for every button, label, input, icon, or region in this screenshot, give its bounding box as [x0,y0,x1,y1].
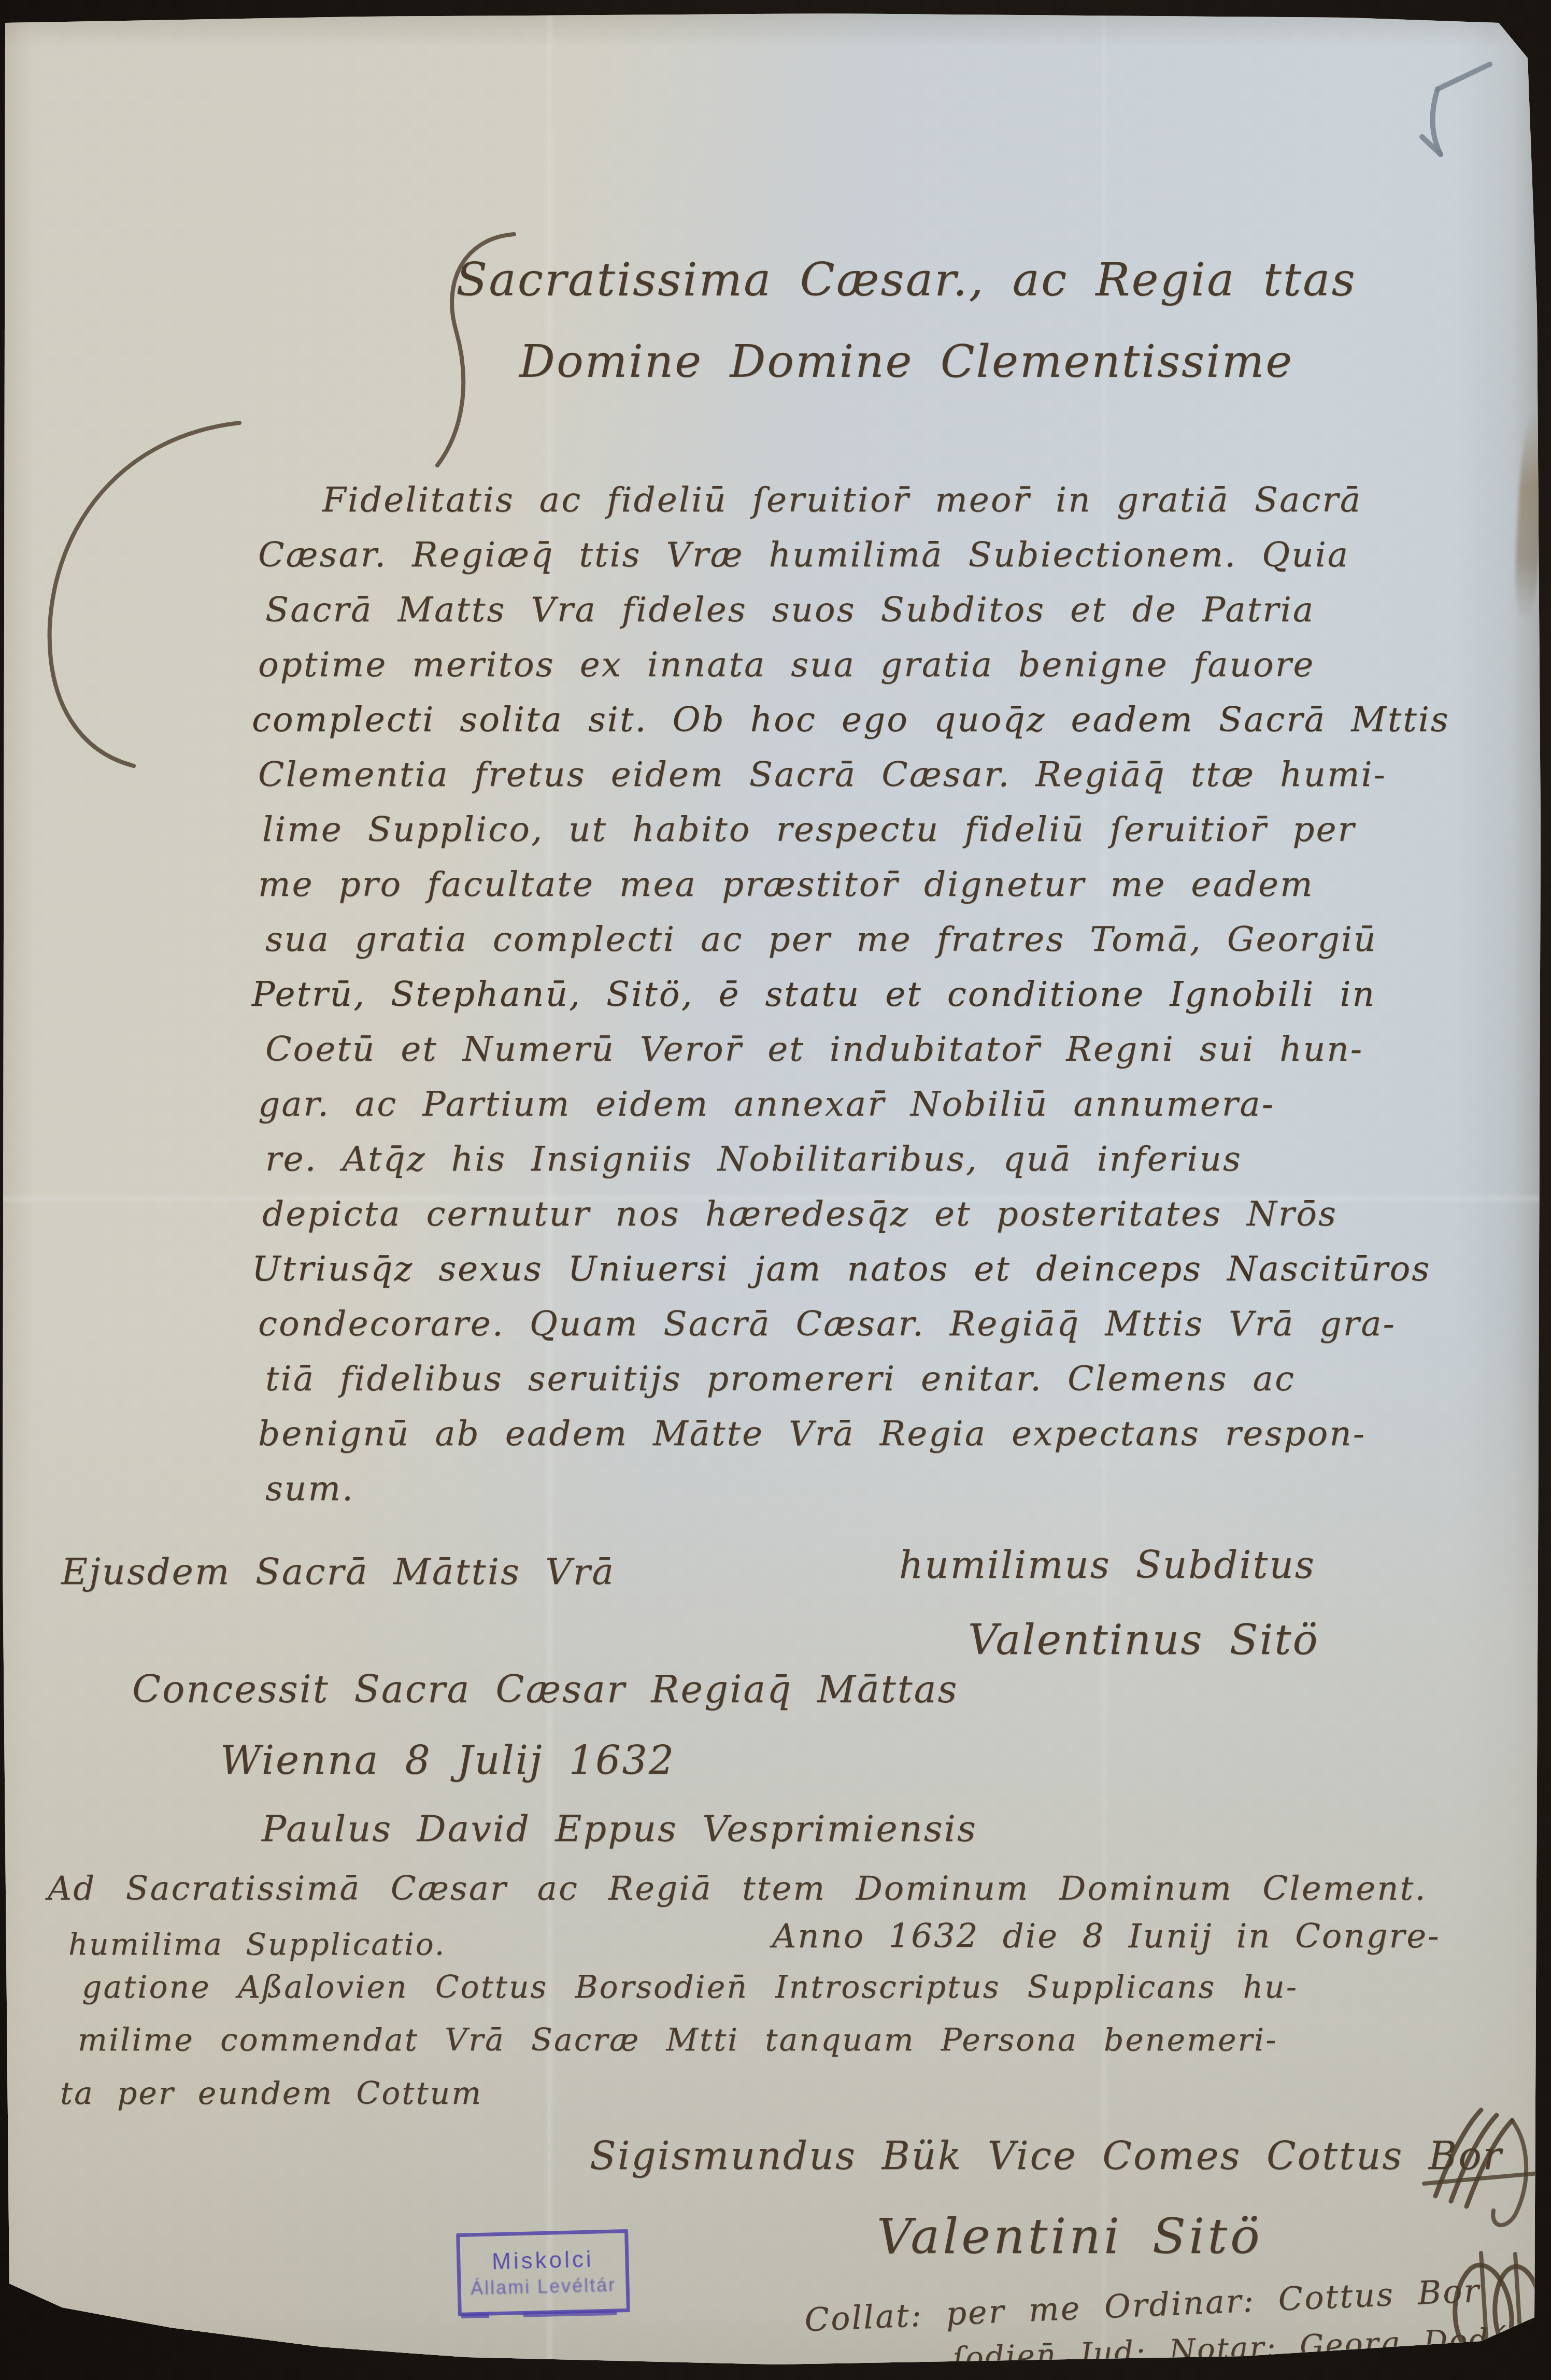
manuscript-line: complecti solita sit. Ob hoc ego quoq̄z … [252,692,1496,747]
endorsement-line: ta per eundem Cottum [60,2075,482,2112]
petition-body: Fidelitatis ac fideliū ſeruitior̄ meor̄ … [265,473,1509,1516]
manuscript-line: Utriusq̄z sexus Uniuersi jam natos et de… [252,1242,1496,1296]
manuscript-line: Petrū, Stephanū, Sitö, ē statu et condit… [252,967,1496,1022]
manuscript-line: optime meritos ex innata sua gratia beni… [258,637,1502,692]
collation-note-line2: ſodien̄ Jud: Notar: Georg Dodó [952,2321,1510,2375]
archive-stamp: Miskolci Állami Levéltár [456,2229,630,2316]
document-title-line2: Domine Domine Clementissime [519,336,1293,388]
endorsement-label: humilima Supplicatio. [68,1927,446,1962]
manuscript-line: me pro facultate mea præstitor̄ dignetur… [258,857,1502,912]
manuscript-line: Fidelitatis ac fideliū ſeruitior̄ meor̄ … [265,473,1509,528]
body-initial-flourish [32,409,255,777]
manuscript-paper: Sacratissima Cæsar., ac Regia ttas Domin… [0,0,1551,2380]
vicecomes-signature: Sigismundus Bük Vice Comes Cottus Bor [590,2134,1503,2178]
manuscript-line: tiā fidelibus seruitijs promereri enitar… [265,1351,1509,1406]
manuscript-line: Coetū et Numerū Veror̄ et indubitator̄ R… [265,1022,1509,1077]
pencil-checkmark-icon [1394,50,1498,169]
petitioner-signature: Valentinus Sitö [968,1616,1319,1664]
manuscript-line: Clementia fretus eidem Sacrā Cæsar. Regi… [258,747,1502,802]
endorsement-line: milime commendat Vrā Sacræ Mtti tanquam … [78,2022,1278,2058]
bishop-signature: Paulus David Eppus Vesprimiensis [262,1807,977,1850]
manuscript-line: benignū ab eadem Mātte Vrā Regia expecta… [258,1406,1502,1461]
grant-note-line1: Concessit Sacra Cæsar Regiaq̄ Māttas [132,1668,958,1711]
stamp-text-line1: Miskolci [492,2247,594,2275]
notarial-heading: Valentini Sitö [877,2208,1263,2265]
manuscript-line: re. Atq̄z his Insigniis Nobilitaribus, q… [265,1132,1509,1187]
valediction-left: Ejusdem Sacrā Māttis Vrā [61,1550,615,1593]
document-title-line1: Sacratissima Cæsar., ac Regia ttas [456,253,1357,306]
manuscript-line: condecorare. Quam Sacrā Cæsar. Regiāq̄ M… [258,1296,1502,1351]
manuscript-line: Cæsar. Regiæq̄ ttis Vræ humilimā Subiect… [258,528,1502,582]
manuscript-line: gar. ac Partium eidem annexar̄ Nobiliū a… [258,1077,1502,1132]
manuscript-line: Sacrā Matts Vra fideles suos Subditos et… [265,582,1509,637]
stamp-text-line2: Állami Levéltár [471,2274,617,2300]
document-scan: Sacratissima Cæsar., ac Regia ttas Domin… [0,0,1551,2380]
manuscript-line: sua gratia complecti ac per me fratres T… [265,912,1509,967]
manuscript-line: depicta cernutur nos hæredesq̄z et poste… [262,1187,1506,1242]
manuscript-line: sum. [265,1461,1509,1516]
endorsement-address: Ad Sacratissimā Cæsar ac Regiā ttem Domi… [48,1870,1427,1908]
paper-edge-stain [1513,414,1547,622]
endorsement-date: Anno 1632 die 8 Iunij in Congre- [772,1917,1441,1956]
endorsement-line: gatione Aßalovien Cottus Borsodien̄ Intr… [82,1969,1298,2005]
manuscript-line: lime Supplico, ut habito respectu fideli… [262,802,1506,857]
notary-monogram-flourish [1436,2248,1550,2377]
valediction-right: humilimus Subditus [899,1543,1316,1587]
grant-date-place: Wienna 8 Julij 1632 [220,1737,675,1783]
